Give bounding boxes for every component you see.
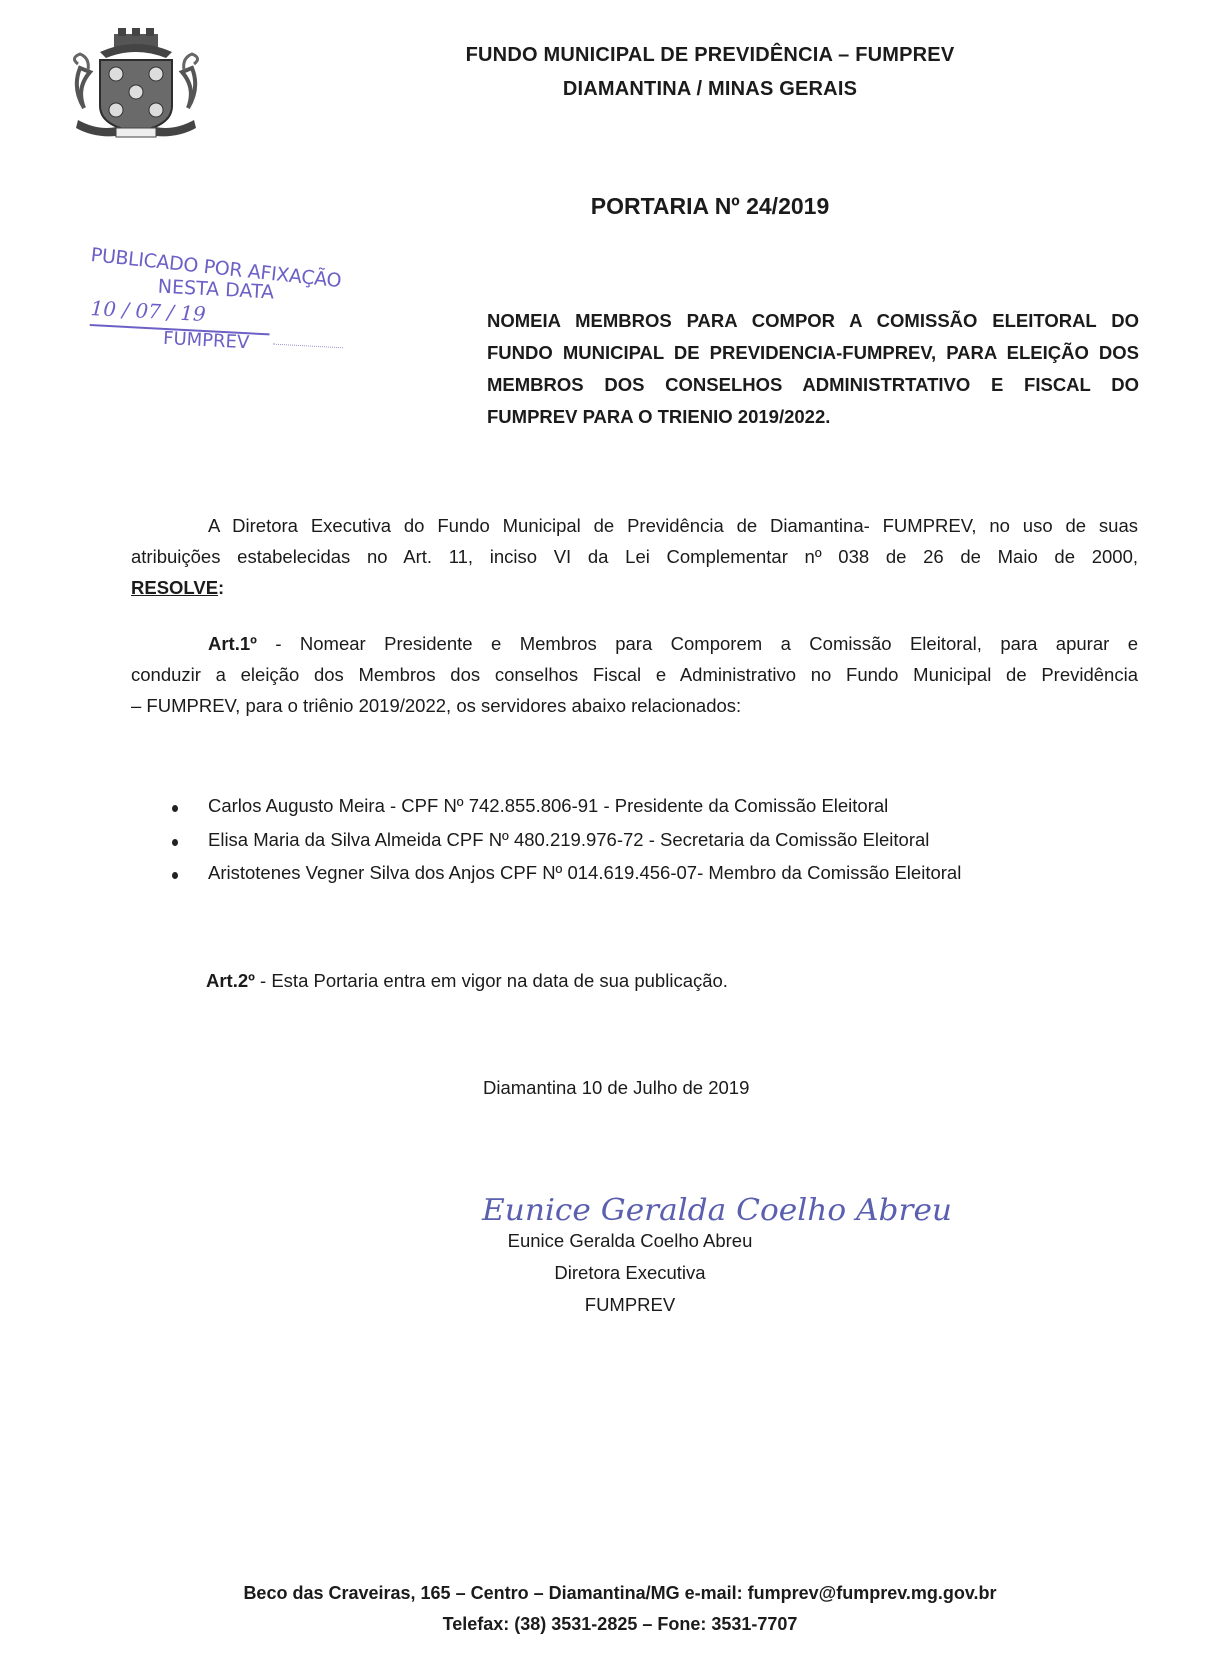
art2-label: Art.2º	[206, 970, 255, 991]
preamble: A Diretora Executiva do Fundo Municipal …	[131, 510, 1138, 603]
signatory-org: FUMPREV	[400, 1294, 860, 1316]
bullet-icon	[172, 872, 178, 879]
publication-stamp: PUBLICADO POR AFIXAÇÃO NESTA DATA 10 / 0…	[85, 244, 381, 384]
coat-of-arms-logo	[70, 28, 202, 140]
document-title: PORTARIA Nº 24/2019	[300, 193, 1120, 220]
footer-address: Beco das Craveiras, 165 – Centro – Diama…	[120, 1583, 1120, 1604]
bullet-icon	[172, 839, 178, 846]
art1-line-2: conduzir a eleição dos Membros dos conse…	[131, 659, 1138, 690]
date-line: Diamantina 10 de Julho de 2019	[483, 1077, 749, 1099]
members-list: Carlos Augusto Meira - CPF Nº 742.855.80…	[168, 795, 961, 896]
subject-block: NOMEIA MEMBROS PARA COMPOR A COMISSÃO EL…	[487, 305, 1139, 433]
stamp-dotted-line	[273, 344, 343, 349]
subject-line: FUNDO MUNICIPAL DE PREVIDENCIA-FUMPREV, …	[487, 337, 1139, 369]
footer-phones: Telefax: (38) 3531-2825 – Fone: 3531-770…	[120, 1614, 1120, 1635]
preamble-line-2: atribuições estabelecidas no Art. 11, in…	[131, 541, 1138, 572]
subject-line: FUMPREV PARA O TRIENIO 2019/2022.	[487, 401, 1139, 433]
subject-line: MEMBROS DOS CONSELHOS ADMINISTRTATIVO E …	[487, 369, 1139, 401]
list-item: Elisa Maria da Silva Almeida CPF Nº 480.…	[168, 829, 961, 863]
signature-scribble-icon: Eunice Geralda Coelho Abreu	[480, 1190, 960, 1235]
art1-line-1: Art.1º - Nomear Presidente e Membros par…	[131, 628, 1138, 659]
art1-line-3: – FUMPREV, para o triênio 2019/2022, os …	[131, 690, 1138, 721]
article-2: Art.2º - Esta Portaria entra em vigor na…	[206, 970, 728, 992]
art1-label: Art.1º	[208, 633, 257, 654]
list-item: Carlos Augusto Meira - CPF Nº 742.855.80…	[168, 795, 961, 829]
svg-text:Eunice Geralda Coelho Abreu: Eunice Geralda Coelho Abreu	[481, 1193, 952, 1228]
signatory-name: Eunice Geralda Coelho Abreu	[400, 1230, 860, 1252]
resolve-keyword: RESOLVE	[131, 577, 218, 598]
handwritten-signature: Eunice Geralda Coelho Abreu	[480, 1190, 960, 1235]
bullet-icon	[172, 805, 178, 812]
article-1: Art.1º - Nomear Presidente e Membros par…	[131, 628, 1138, 721]
signatory-role: Diretora Executiva	[400, 1262, 860, 1284]
list-item: Aristotenes Vegner Silva dos Anjos CPF N…	[168, 862, 961, 896]
stamp-line-4: FUMPREV	[163, 328, 250, 353]
org-name: FUNDO MUNICIPAL DE PREVIDÊNCIA – FUMPREV	[300, 44, 1120, 67]
resolve-line: RESOLVE:	[131, 572, 1138, 603]
preamble-line-1: A Diretora Executiva do Fundo Municipal …	[131, 510, 1138, 541]
org-location: DIAMANTINA / MINAS GERAIS	[300, 78, 1120, 101]
subject-line: NOMEIA MEMBROS PARA COMPOR A COMISSÃO EL…	[487, 305, 1139, 337]
stamp-line-2: NESTA DATA	[157, 276, 274, 304]
municipal-coat-of-arms-icon	[70, 28, 202, 140]
